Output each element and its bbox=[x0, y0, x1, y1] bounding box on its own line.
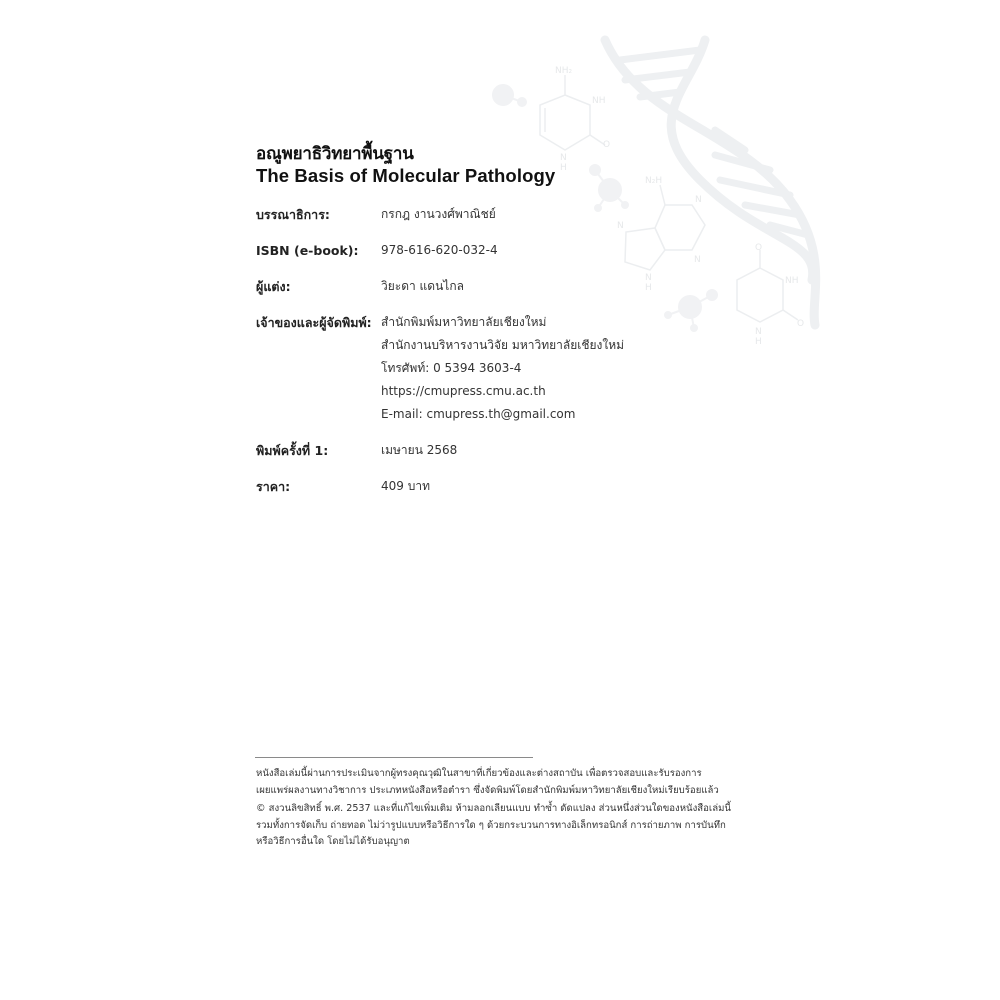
footer-notes: หนังสือเล่มนี้ผ่านการประเมินจากผู้ทรงคุณ… bbox=[256, 766, 756, 851]
isbn-value: 978-616-620-032-4 bbox=[381, 239, 498, 262]
publisher-name: สำนักพิมพ์มหาวิทยาลัยเชียงใหม่ bbox=[381, 311, 624, 334]
price-value: 409 บาท bbox=[381, 475, 430, 498]
publisher-website: https://cmupress.cmu.ac.th bbox=[381, 380, 624, 403]
metadata-row-edition: พิมพ์ครั้งที่ 1: เมษายน 2568 bbox=[256, 439, 716, 462]
uracil-molecule-icon bbox=[737, 250, 798, 322]
nh-label: NH bbox=[592, 96, 606, 106]
publisher-value: สำนักพิมพ์มหาวิทยาลัยเชียงใหม่ สำนักงานบ… bbox=[381, 311, 624, 426]
footer-divider bbox=[255, 757, 533, 758]
metadata-row-publisher: เจ้าของและผู้จัดพิมพ์: สำนักพิมพ์มหาวิทย… bbox=[256, 311, 716, 426]
metadata-row-isbn: ISBN (e-book): 978-616-620-032-4 bbox=[256, 239, 716, 262]
publisher-phone: โทรศัพท์: 0 5394 3603-4 bbox=[381, 357, 624, 380]
metadata-row-author: ผู้แต่ง: วิยะดา แดนไกล bbox=[256, 275, 716, 298]
author-label: ผู้แต่ง: bbox=[256, 275, 381, 298]
o-label: O bbox=[603, 140, 610, 150]
editor-label: บรรณาธิการ: bbox=[256, 203, 381, 226]
review-note-line: หนังสือเล่มนี้ผ่านการประเมินจากผู้ทรงคุณ… bbox=[256, 766, 756, 783]
h-label: H bbox=[755, 337, 762, 347]
metadata-row-price: ราคา: 409 บาท bbox=[256, 475, 716, 498]
isbn-label: ISBN (e-book): bbox=[256, 239, 381, 262]
n-label: N bbox=[560, 153, 567, 163]
n2h-label: N₂H bbox=[645, 176, 662, 186]
copyright-line: หรือวิธีการอื่นใด โดยไม่ได้รับอนุญาต bbox=[256, 834, 756, 851]
o-label: O bbox=[797, 319, 804, 329]
n-label: N bbox=[755, 327, 762, 337]
metadata-row-editor: บรรณาธิการ: กรกฎ งานวงศ์พาณิชย์ bbox=[256, 203, 716, 226]
h-label: H bbox=[560, 163, 567, 173]
editor-value: กรกฎ งานวงศ์พาณิชย์ bbox=[381, 203, 496, 226]
book-title-english: The Basis of Molecular Pathology bbox=[256, 165, 555, 187]
publisher-office: สำนักงานบริหารงานวิจัย มหาวิทยาลัยเชียงใ… bbox=[381, 334, 624, 357]
review-note-line: เผยแพร่ผลงานทางวิชาการ ประเภทหนังสือหรือ… bbox=[256, 783, 756, 800]
nh-label: NH bbox=[785, 276, 799, 286]
edition-value: เมษายน 2568 bbox=[381, 439, 457, 462]
author-value: วิยะดา แดนไกล bbox=[381, 275, 464, 298]
copyright-line: © สงวนลิขสิทธิ์ พ.ศ. 2537 และที่แก้ไขเพิ… bbox=[256, 801, 756, 818]
book-metadata: บรรณาธิการ: กรกฎ งานวงศ์พาณิชย์ ISBN (e-… bbox=[256, 203, 716, 498]
o-label: O bbox=[755, 243, 762, 253]
nh2-label: NH₂ bbox=[555, 66, 573, 76]
book-title-thai: อณูพยาธิวิทยาพื้นฐาน bbox=[256, 143, 555, 165]
publisher-email: E-mail: cmupress.th@gmail.com bbox=[381, 403, 624, 426]
copyright-line: รวมทั้งการจัดเก็บ ถ่ายทอด ไม่ว่ารูปแบบหร… bbox=[256, 818, 756, 835]
book-title-block: อณูพยาธิวิทยาพื้นฐาน The Basis of Molecu… bbox=[256, 143, 555, 187]
price-label: ราคา: bbox=[256, 475, 381, 498]
publisher-label: เจ้าของและผู้จัดพิมพ์: bbox=[256, 311, 381, 334]
cytosine-molecule-icon bbox=[540, 75, 605, 150]
edition-label: พิมพ์ครั้งที่ 1: bbox=[256, 439, 381, 462]
